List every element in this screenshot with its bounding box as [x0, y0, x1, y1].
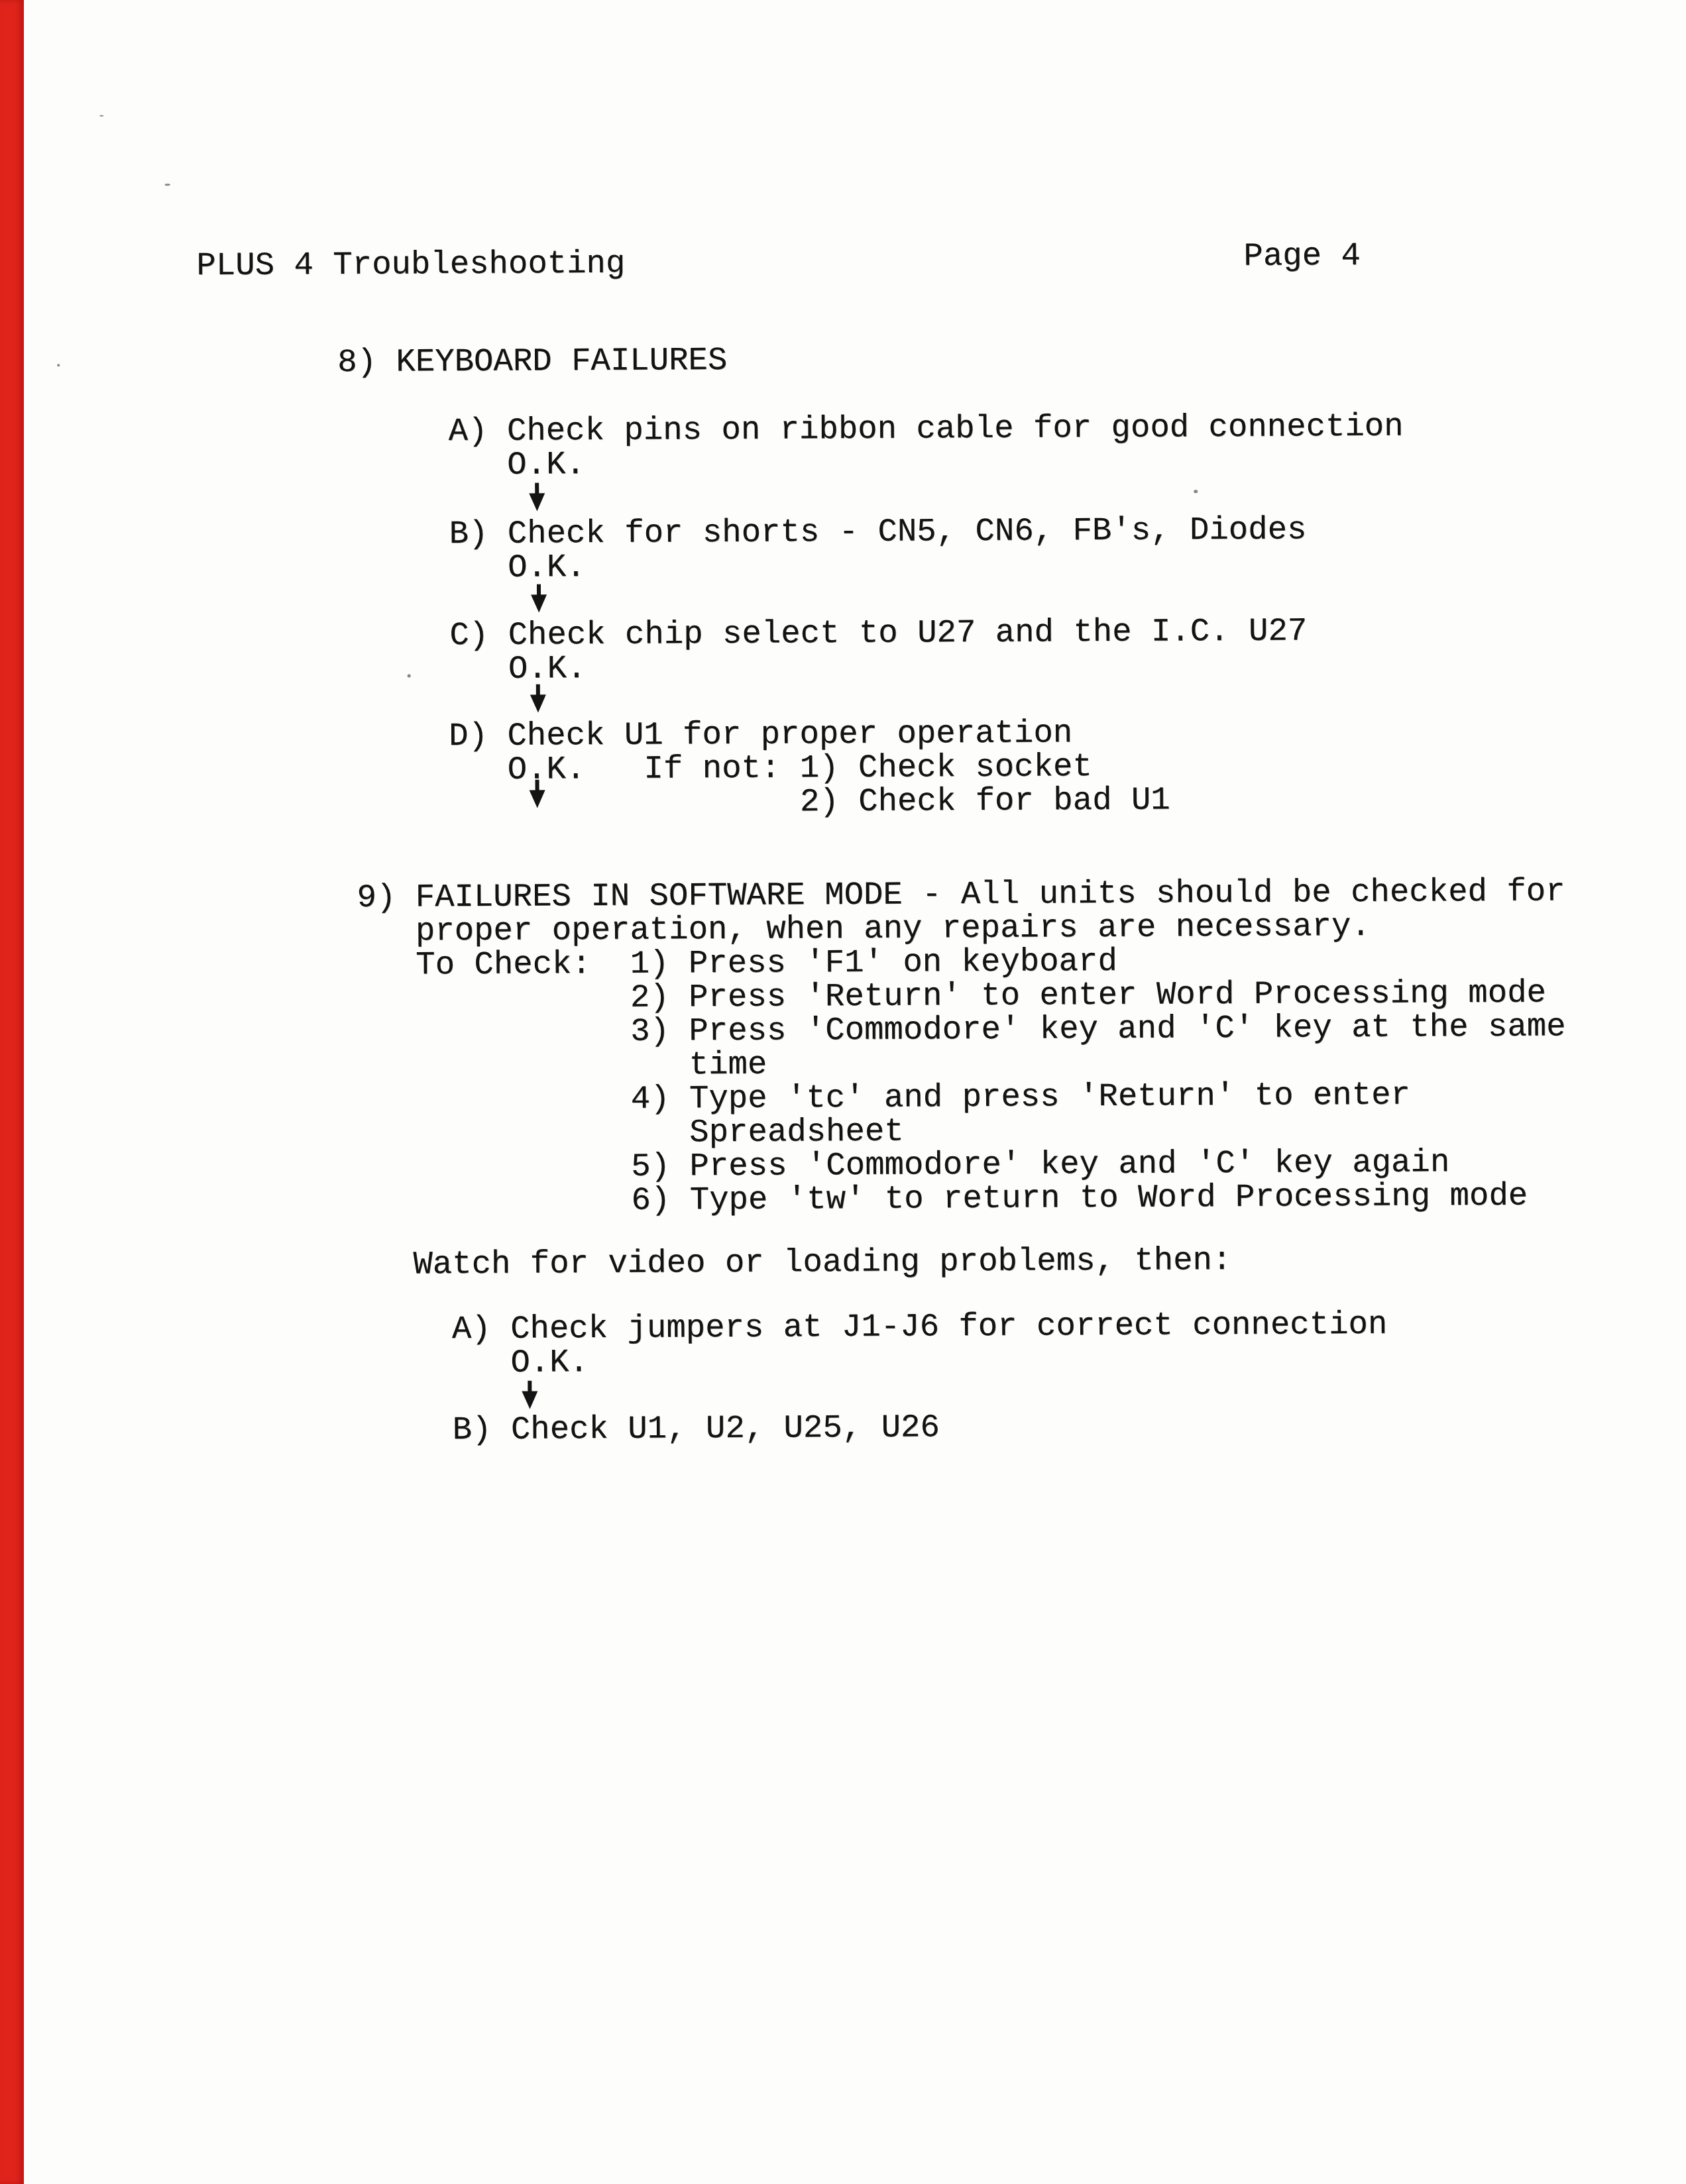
scan-speck — [165, 184, 170, 186]
flow-down-arrow-icon — [521, 1380, 538, 1409]
final-step-b: B) Check U1, U2, U25, U26 — [453, 1411, 940, 1447]
scan-speck — [99, 115, 103, 117]
scan-speck — [57, 364, 60, 366]
section9-block: 9) FAILURES IN SOFTWARE MODE - All units… — [357, 875, 1567, 1219]
section8-step-b: B) Check for shorts - CN5, CN6, FB's, Di… — [449, 513, 1306, 585]
final-step-a: A) Check jumpers at J1-J6 for correct co… — [452, 1308, 1388, 1380]
section8-step-d: D) Check U1 for proper operation O.K. If… — [449, 716, 1170, 821]
page-content: PLUS 4 Troubleshooting Page 4 8) KEYBOAR… — [0, 0, 1686, 2184]
section8-heading: 8) KEYBOARD FAILURES — [337, 344, 727, 380]
scan-speck — [1194, 490, 1198, 493]
scanned-document-page: PLUS 4 Troubleshooting Page 4 8) KEYBOAR… — [0, 0, 1686, 2184]
watch-note-line: Watch for video or loading problems, the… — [413, 1244, 1231, 1282]
flow-down-arrow-icon — [530, 684, 547, 713]
section8-step-c: C) Check chip select to U27 and the I.C.… — [449, 614, 1307, 686]
flow-down-arrow-icon — [528, 482, 545, 512]
page-title: PLUS 4 Troubleshooting — [196, 247, 625, 283]
scan-speck — [408, 674, 411, 677]
flow-down-arrow-icon — [530, 584, 547, 613]
flow-down-arrow-icon — [529, 779, 546, 808]
page-number: Page 4 — [1243, 239, 1361, 274]
section8-step-a: A) Check pins on ribbon cable for good c… — [449, 410, 1404, 483]
